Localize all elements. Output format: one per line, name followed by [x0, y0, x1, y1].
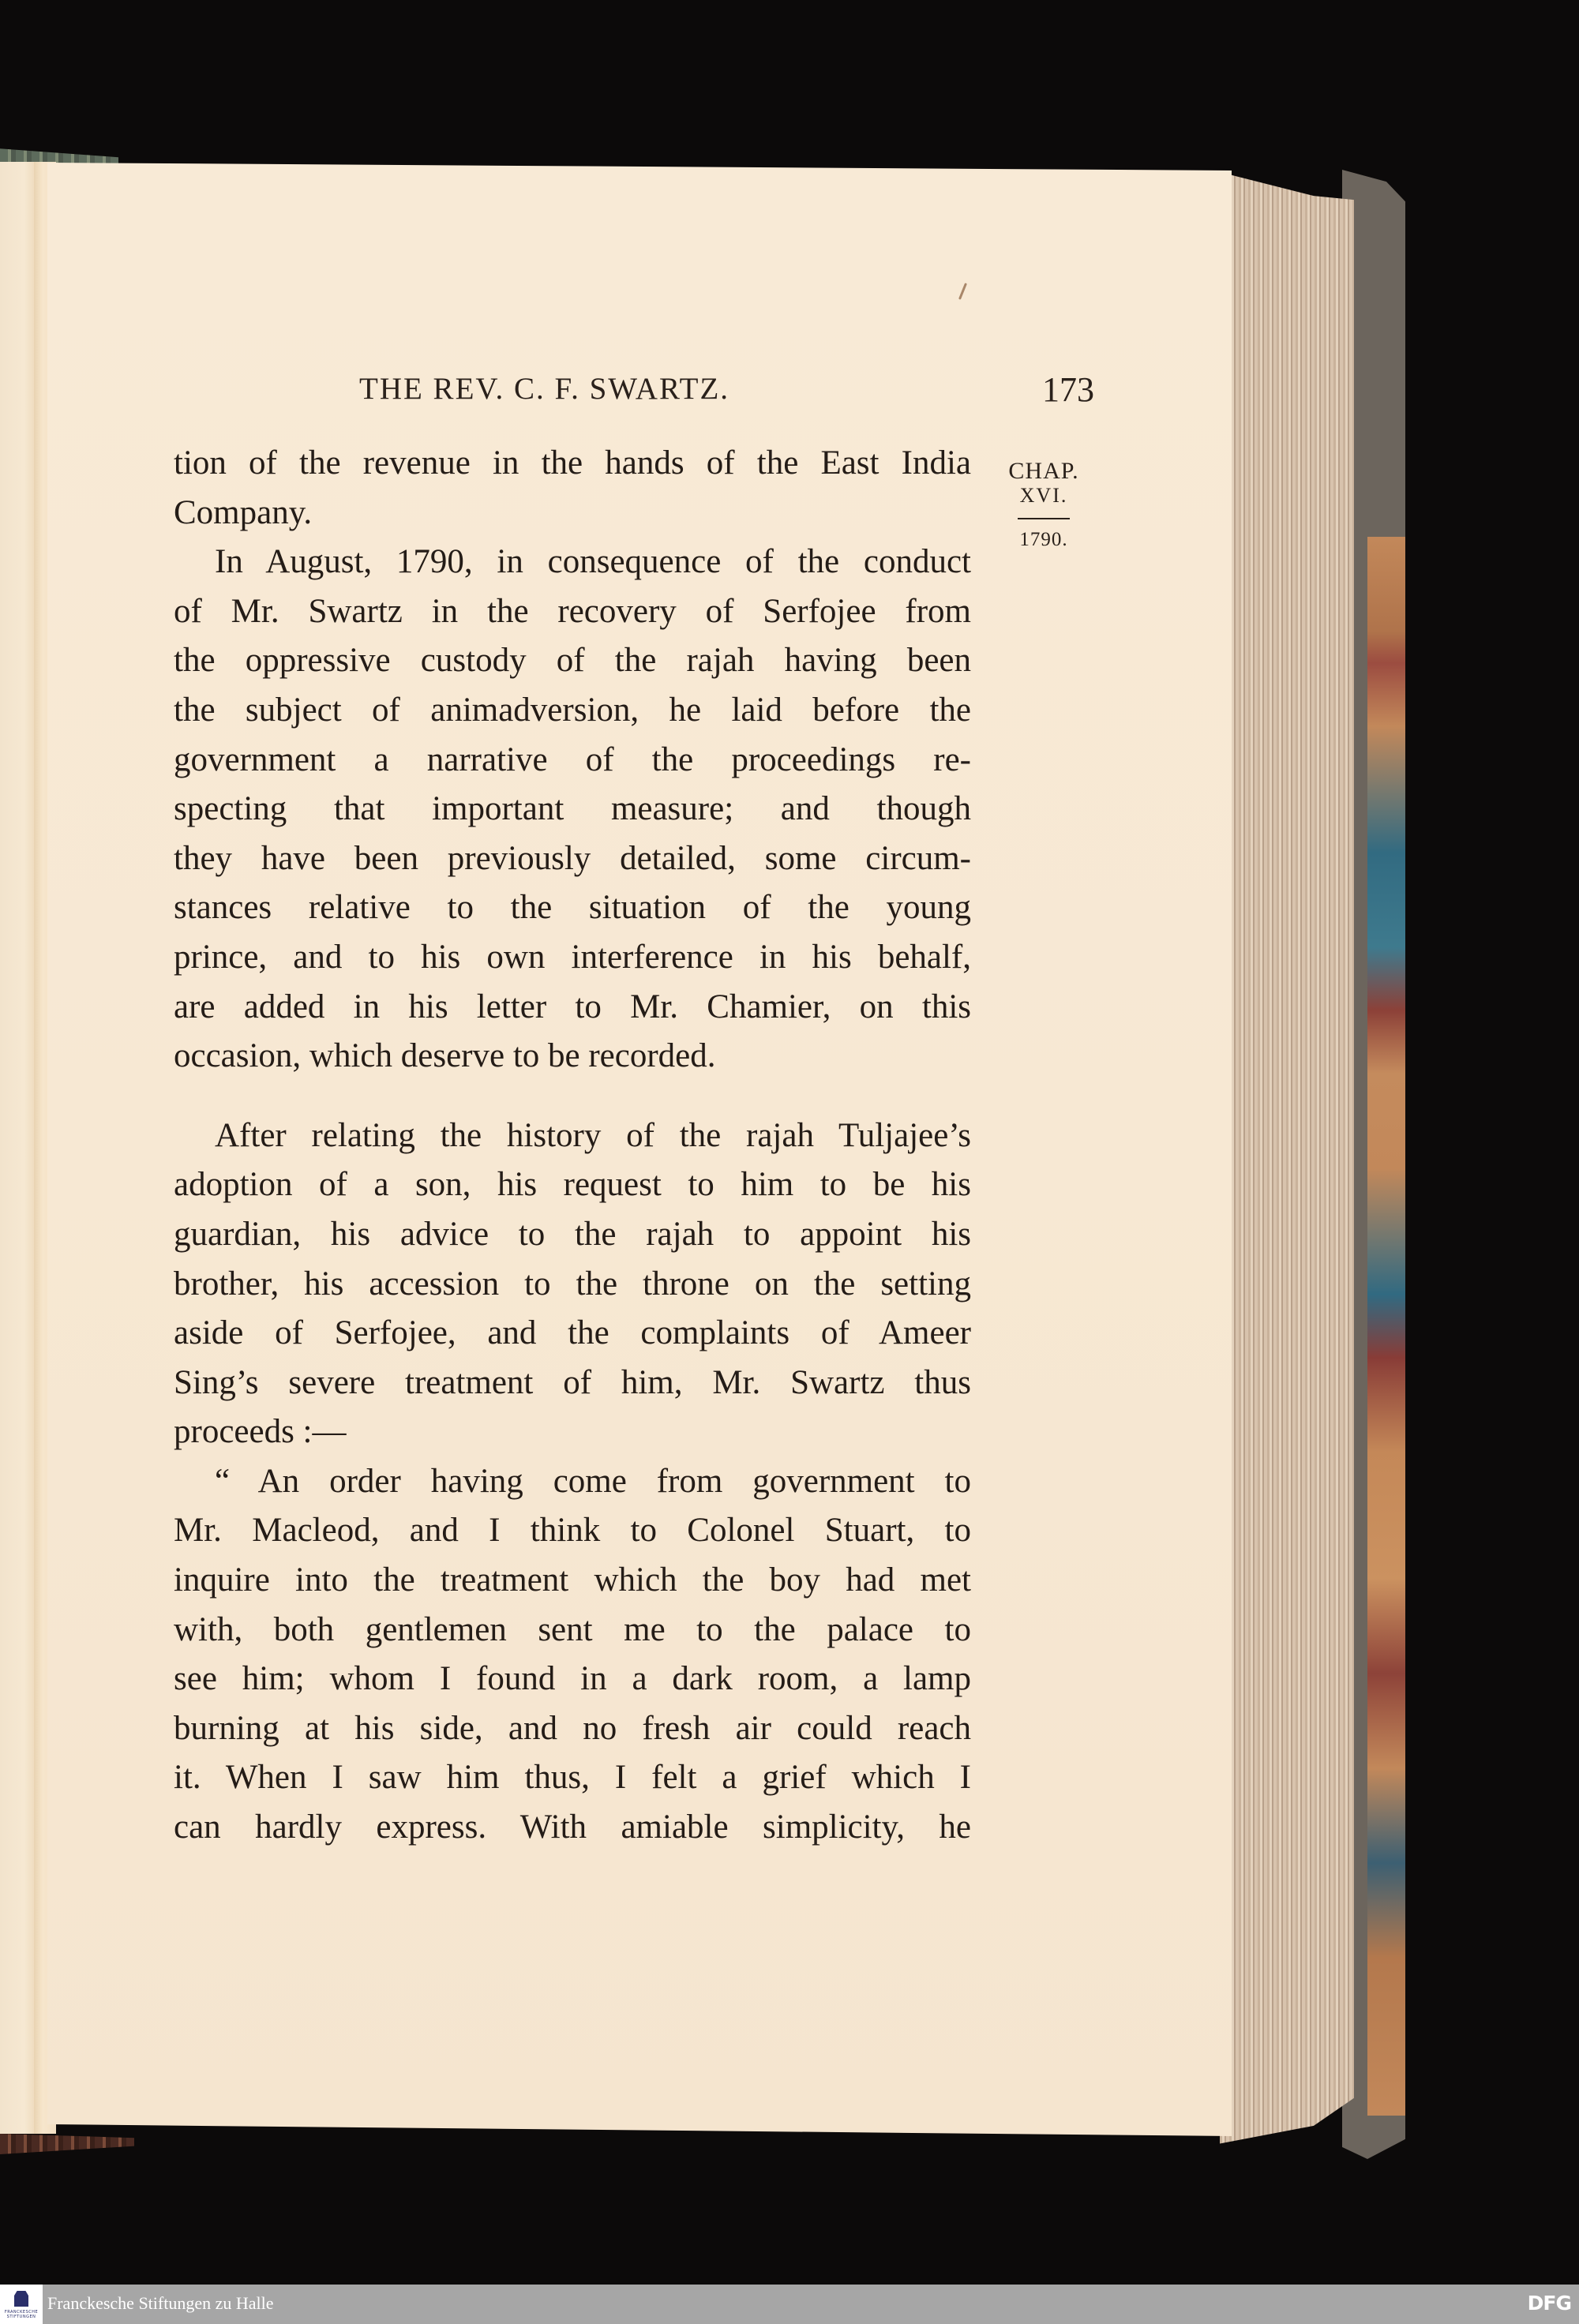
text-line: can hardly express. With amiable simplic… — [174, 1803, 971, 1853]
text-line: Mr. Macleod, and I think to Colonel Stua… — [174, 1506, 971, 1556]
paragraph-gap — [174, 1081, 971, 1111]
page-number: 173 — [1042, 369, 1094, 410]
footer-bar: FRANCKESCHE STIFTUNGEN Franckesche Stift… — [0, 2285, 1579, 2324]
text-line: specting that important measure; and tho… — [174, 785, 971, 834]
headband-bottom — [0, 2134, 134, 2154]
text-line: it. When I saw him thus, I felt a grief … — [174, 1753, 971, 1803]
paragraph: “ An order having come from government t… — [174, 1457, 971, 1853]
paragraph: After relating the history of the rajah … — [174, 1111, 971, 1457]
margin-year: 1790. — [996, 529, 1091, 551]
text-line: are added in his letter to Mr. Chamier, … — [174, 983, 971, 1033]
text-line: After relating the history of the rajah … — [174, 1111, 971, 1161]
institution-logo: FRANCKESCHE STIFTUNGEN — [0, 2285, 43, 2324]
running-head: THE REV. C. F. SWARTZ. — [359, 371, 729, 407]
orphanage-building-icon — [14, 2291, 28, 2307]
marbled-endpaper — [1367, 537, 1405, 2116]
text-line: Company. — [174, 489, 971, 538]
paragraph: tion of the revenue in the hands of the … — [174, 439, 971, 538]
logo-caption: FRANCKESCHE STIFTUNGEN — [2, 2310, 41, 2319]
chapter-number: XVI. — [996, 485, 1091, 507]
text-line: burning at his side, and no fresh air co… — [174, 1704, 971, 1754]
text-line: with, both gentlemen sent me to the pala… — [174, 1606, 971, 1655]
text-line: Sing’s severe treatment of him, Mr. Swar… — [174, 1359, 971, 1408]
margin-rule — [1018, 518, 1070, 519]
text-line: tion of the revenue in the hands of the … — [174, 439, 971, 489]
logo-caption-line: STIFTUNGEN — [2, 2315, 41, 2319]
text-line: brother, his accession to the throne on … — [174, 1260, 971, 1310]
text-line: occasion, which deserve to be recorded. — [174, 1032, 971, 1081]
institution-name: Franckesche Stiftungen zu Halle — [47, 2293, 274, 2314]
text-line: they have been previously detailed, some… — [174, 834, 971, 884]
text-line: of Mr. Swartz in the recovery of Serfoje… — [174, 587, 971, 637]
text-line: adoption of a son, his request to him to… — [174, 1160, 971, 1210]
text-line: inquire into the treatment which the boy… — [174, 1556, 971, 1606]
paragraph: In August, 1790, in consequence of the c… — [174, 538, 971, 1081]
dfg-logo: DFG — [1528, 2292, 1571, 2315]
page-stack-fore-edge — [1220, 172, 1354, 2153]
text-line: see him; whom I found in a dark room, a … — [174, 1655, 971, 1704]
text-line: “ An order having come from government t… — [174, 1457, 971, 1507]
text-line: guardian, his advice to the rajah to app… — [174, 1210, 971, 1260]
chapter-label: CHAP. — [996, 458, 1091, 485]
text-line: the oppressive custody of the rajah havi… — [174, 636, 971, 686]
text-line: prince, and to his own interference in h… — [174, 933, 971, 983]
text-line: stances relative to the situation of the… — [174, 883, 971, 933]
text-line: proceeds :— — [174, 1408, 971, 1457]
text-line: In August, 1790, in consequence of the c… — [174, 538, 971, 587]
margin-note: CHAP. XVI. 1790. — [996, 458, 1091, 551]
text-line: government a narrative of the proceeding… — [174, 736, 971, 785]
text-line: the subject of animadversion, he laid be… — [174, 686, 971, 736]
facing-page-edge — [0, 162, 35, 2134]
body-text: tion of the revenue in the hands of the … — [174, 439, 971, 1853]
text-line: aside of Serfojee, and the complaints of… — [174, 1309, 971, 1359]
